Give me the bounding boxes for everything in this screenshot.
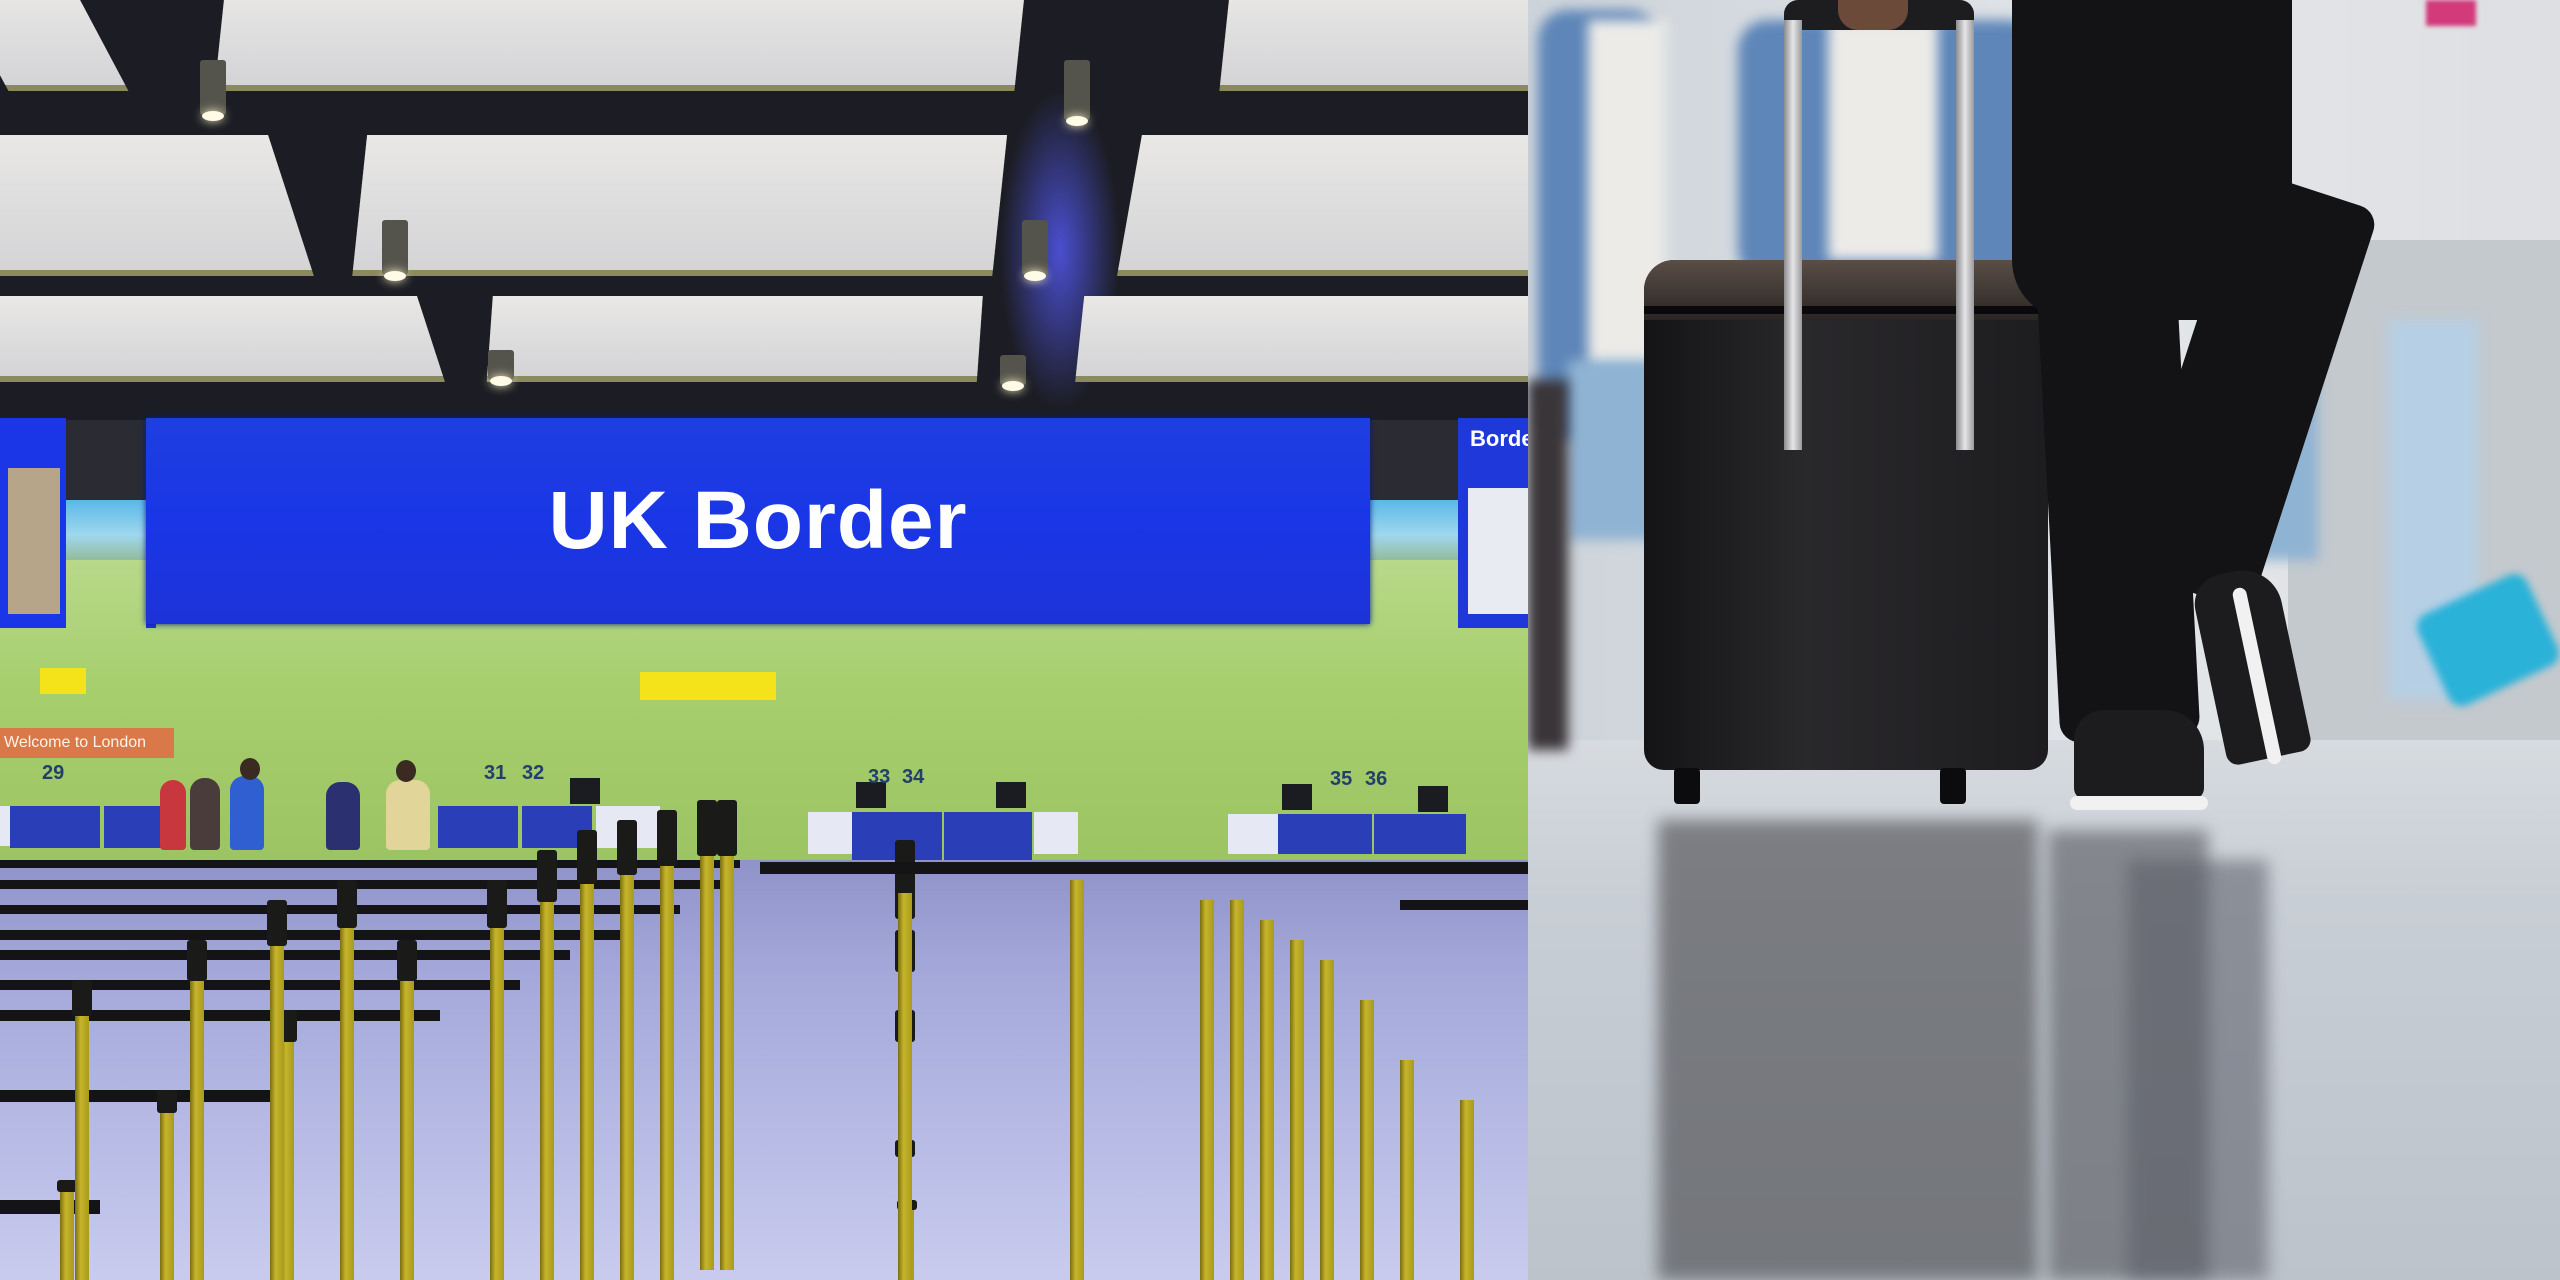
barrier-post (60, 1180, 74, 1280)
barrier-post (720, 800, 734, 1270)
barrier-post (1070, 880, 1084, 1280)
desk-number: 31 (484, 762, 506, 785)
barrier-post (490, 880, 504, 1280)
barrier-post (700, 800, 714, 1270)
immigration-desk (438, 806, 518, 848)
left-info-screen (0, 418, 66, 628)
luggage-photo (1528, 0, 2560, 1280)
welcome-sign: Welcome to London (0, 728, 174, 758)
ceiling-light (382, 220, 408, 275)
barrier-post (660, 810, 674, 1280)
immigration-desk-35 (1278, 814, 1372, 854)
barrier-post (75, 980, 89, 1280)
barrier-post (1360, 1000, 1374, 1280)
yellow-direction-sign (640, 672, 776, 700)
desk-number: 36 (1365, 768, 1387, 791)
traveller (160, 780, 186, 850)
sign-text: UK Border (548, 474, 967, 568)
barrier-post (270, 900, 284, 1280)
uk-border-sign: UK Border (146, 418, 1370, 624)
desk-number: 35 (1330, 768, 1352, 791)
traveller (326, 782, 360, 850)
barrier-post (898, 840, 912, 1280)
desk-number: 33 (868, 766, 890, 789)
barrier-post (540, 850, 554, 1280)
border-info-screen: Border (1458, 418, 1528, 628)
immigration-desk (10, 806, 100, 848)
barrier-post (1260, 920, 1274, 1280)
barrier-post (1290, 940, 1304, 1280)
traveller (190, 778, 220, 850)
suitcase (1644, 260, 2048, 770)
desk-number: 29 (42, 762, 64, 785)
barrier-post (580, 830, 594, 1280)
ceiling (0, 0, 1528, 420)
barrier-post (1200, 900, 1214, 1280)
desk-number: 34 (902, 766, 924, 789)
sneaker (2074, 710, 2204, 800)
traveller (386, 780, 430, 850)
ceiling-light (1022, 220, 1048, 275)
barrier-post (160, 1090, 174, 1280)
barrier-post (1320, 960, 1334, 1280)
ceiling-light (488, 350, 514, 380)
ceiling-light (1000, 355, 1026, 385)
barrier-post (340, 880, 354, 1280)
traveller (230, 776, 264, 850)
uk-border-photo: UK Border Border Welcome to London 29 31… (0, 0, 1528, 1280)
barrier-post (190, 940, 204, 1280)
immigration-desk-36 (1374, 814, 1466, 854)
barrier-post (1460, 1100, 1474, 1280)
ceiling-light (1064, 60, 1090, 120)
barrier-post (400, 940, 414, 1280)
yellow-direction-sign (40, 668, 86, 694)
desk-number: 32 (522, 762, 544, 785)
barrier-post (620, 820, 634, 1280)
barrier-post (1400, 1060, 1414, 1280)
barrier-post (1230, 900, 1244, 1280)
hand (1838, 0, 1908, 30)
suitcase-handle (1784, 20, 1802, 450)
ceiling-light (200, 60, 226, 115)
